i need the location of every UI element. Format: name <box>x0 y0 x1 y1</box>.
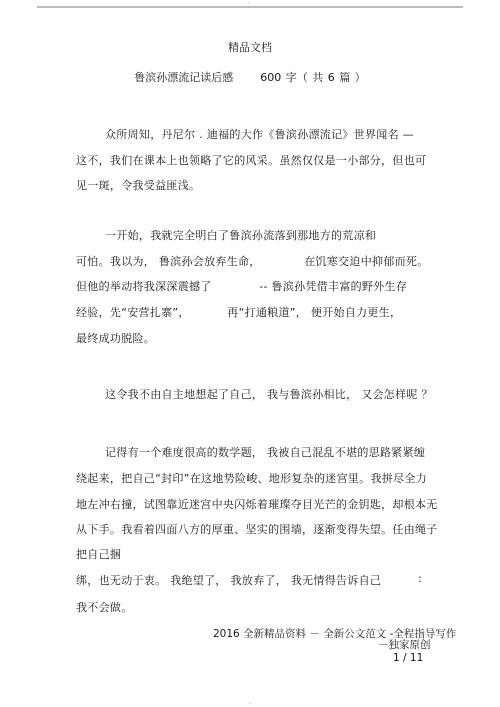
footer-subtext: －独家原创 <box>378 637 431 652</box>
paragraph-line: : <box>418 572 422 585</box>
line-segment: -- 鲁滨孙凭借丰富的野外生存 <box>259 280 407 293</box>
paragraph-line: 绑，也无动于衷。 我绝望了， 我放弃了， 我无情得告诉自己 <box>76 572 381 588</box>
paragraph-line: 把自己捆 <box>76 546 121 562</box>
paragraph-line: 这令我不由自主地想起了自己， 我与鲁滨孙相比， 又会怎样呢 ？ <box>105 386 433 402</box>
line-segment: 可怕。我以为， 鲁滨孙会放弃生命， <box>76 255 261 268</box>
paragraph-line: 这不，我们在课本上也领略了它的风采。虽然仅仅是一小部分，但也可 <box>76 152 426 168</box>
paragraph-line: 见一斑，令我受益匪浅。 <box>76 177 200 193</box>
paragraph-line: 记得有一个难度很高的数学题， 我被自己混乱不堪的思路紧紧缠 <box>105 444 425 460</box>
paragraph-line: 绕起来，把自己“封印”在这地势险峻、地形复杂的迷宫里。我拼尽全力 <box>76 470 427 486</box>
page-bottom-mark: - <box>249 700 251 707</box>
line-segment: 再“打通粮道”， 便开始自力更生， <box>227 306 401 319</box>
line-segment: 经验，先“安营扎寨”， <box>76 306 190 319</box>
paragraph-line: 经验，先“安营扎寨”， 再“打通粮道”， 便开始自力更生， <box>76 304 401 320</box>
paragraph-line: 从下手。我看着四面八方的厚重、坚实的围墙，逐渐变得失望。任由绳子 <box>76 521 438 537</box>
title-text: 鲁滨孙漂流记读后感 <box>134 71 233 84</box>
document-label: 精品文档 <box>0 39 500 55</box>
page-number: 1 / 11 <box>393 652 423 664</box>
line-segment: 但他的举动将我深深震撼了 <box>76 280 212 293</box>
line-segment: 在饥寒交迫中抑郁而死。 <box>304 255 428 268</box>
paragraph-line: 地左冲右撞，试图靠近迷宫中央闪烁着璀璨夺目光芒的金钥匙，却根本无 <box>76 496 438 512</box>
paragraph-line: 可怕。我以为， 鲁滨孙会放弃生命， 在饥寒交迫中抑郁而死。 <box>76 253 429 269</box>
header-rule <box>37 6 463 8</box>
document-title: 鲁滨孙漂流记读后感 600 字（ 共 6 篇 ） <box>0 69 500 85</box>
paragraph-line: 我不会做。 <box>76 599 133 615</box>
paragraph-line: 众所周知，丹尼尔 . 迪福的大作《鲁滨孙漂流记》世界闻名 — <box>105 126 414 142</box>
paragraph-line: 最终成功脱险。 <box>76 330 155 346</box>
paragraph-line: 但他的举动将我深深震撼了 -- 鲁滨孙凭借丰富的野外生存 <box>76 278 407 294</box>
paragraph-line: 一开始，我就完全明白了鲁滨孙流落到那地方的荒凉和 <box>105 227 376 243</box>
word-count: 600 字（ 共 6 篇 ） <box>260 71 365 84</box>
